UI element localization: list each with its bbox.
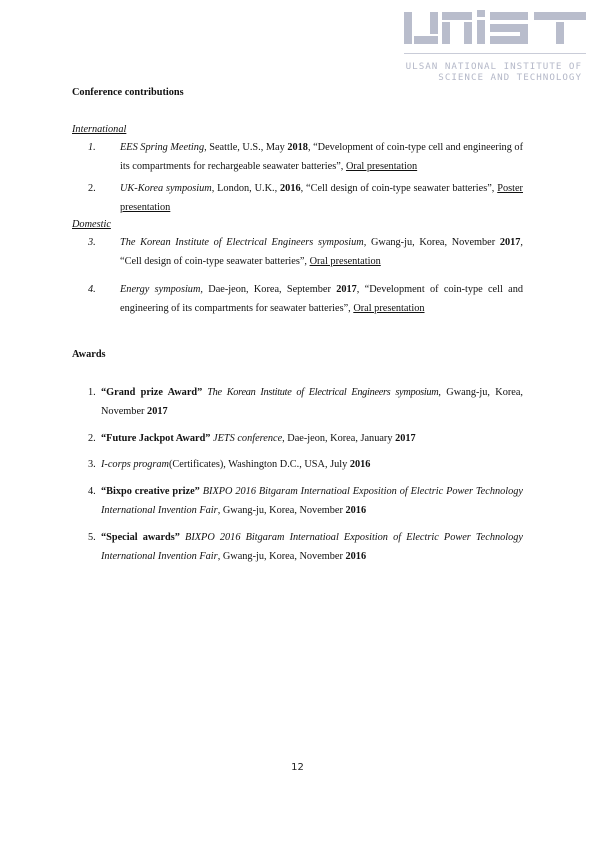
venue: JETS conference	[210, 433, 282, 444]
year: 2017	[395, 433, 416, 444]
venue: UK-Korea symposium,	[120, 183, 214, 194]
unist-wordmark	[404, 10, 586, 44]
conference-item: 2. UK-Korea symposium, London, U.K., 201…	[88, 179, 523, 217]
year: 2016	[346, 505, 367, 516]
award-item: 5. “Special awards” BIXPO 2016 Bitgaram …	[88, 528, 523, 566]
conference-item: 3. The Korean Institute of Electrical En…	[88, 233, 523, 271]
item-number: 2.	[88, 179, 104, 198]
venue: I-corps program	[101, 459, 169, 470]
logo-subtitle: ULSAN NATIONAL INSTITUTE OF SCIENCE AND …	[404, 61, 586, 83]
page-number: 12	[0, 762, 595, 773]
year: 2017	[336, 284, 357, 295]
awards-heading: Awards	[72, 349, 106, 360]
place: Seattle, U.S., May	[207, 142, 288, 153]
year: 2017	[500, 237, 521, 248]
award-name: “Special awards”	[101, 532, 180, 543]
item-number: 5.	[88, 528, 96, 547]
item-number: 3.	[88, 455, 96, 474]
award-name: “Future Jackpot Award”	[101, 433, 210, 444]
place: Dae-jeon, Korea, September	[203, 284, 336, 295]
award-name: “Grand prize Award”	[101, 387, 202, 398]
item-number: 1.	[88, 383, 96, 402]
title: , “Cell design of coin-type seawater bat…	[301, 183, 498, 194]
year: 2018	[287, 142, 308, 153]
conference-item: 4. Energy symposium, Dae-jeon, Korea, Se…	[88, 280, 523, 318]
award-item: 1. “Grand prize Award” The Korean Instit…	[88, 383, 523, 421]
logo-subtitle-line2: SCIENCE AND TECHNOLOGY	[404, 72, 582, 83]
item-number: 2.	[88, 429, 96, 448]
presentation-type: Oral presentation	[353, 303, 424, 314]
item-number: 4.	[88, 482, 96, 501]
conference-item: 1. EES Spring Meeting, Seattle, U.S., Ma…	[88, 138, 523, 176]
item-number: 3.	[88, 233, 104, 252]
year: 2017	[147, 406, 168, 417]
award-name: “Bixpo creative prize”	[101, 486, 200, 497]
place: London, U.K.,	[214, 183, 280, 194]
place: , Dae-jeon, Korea, January	[282, 433, 395, 444]
place: , Gwang-ju, Korea, November	[218, 505, 346, 516]
award-item: 2. “Future Jackpot Award” JETS conferenc…	[88, 429, 523, 448]
logo-subtitle-line1: ULSAN NATIONAL INSTITUTE OF	[404, 61, 582, 72]
award-item: 3. I-corps program(Certificates), Washin…	[88, 455, 523, 474]
international-label: International	[72, 124, 126, 135]
logo-divider	[404, 53, 586, 54]
item-number: 1.	[88, 138, 104, 157]
conference-heading: Conference contributions	[72, 87, 184, 98]
venue: EES Spring Meeting,	[120, 142, 207, 153]
venue: The Korean Institute of Electrical Engin…	[120, 237, 366, 248]
presentation-type: Oral presentation	[346, 161, 417, 172]
place: Gwang-ju, Korea, November	[366, 237, 500, 248]
unist-logo: ULSAN NATIONAL INSTITUTE OF SCIENCE AND …	[404, 10, 586, 83]
year: 2016	[350, 459, 371, 470]
domestic-label: Domestic	[72, 219, 111, 230]
unist-wordmark-icon	[404, 10, 586, 44]
item-number: 4.	[88, 280, 104, 299]
place: (Certificates), Washington D.C., USA, Ju…	[169, 459, 350, 470]
place: , Gwang-ju, Korea, November	[218, 551, 346, 562]
year: 2016	[280, 183, 301, 194]
venue: The Korean Institute of Electrical Engin…	[202, 387, 438, 398]
venue: Energy symposium,	[120, 284, 203, 295]
year: 2016	[346, 551, 367, 562]
award-item: 4. “Bixpo creative prize” BIXPO 2016 Bit…	[88, 482, 523, 520]
presentation-type: Oral presentation	[310, 256, 381, 267]
